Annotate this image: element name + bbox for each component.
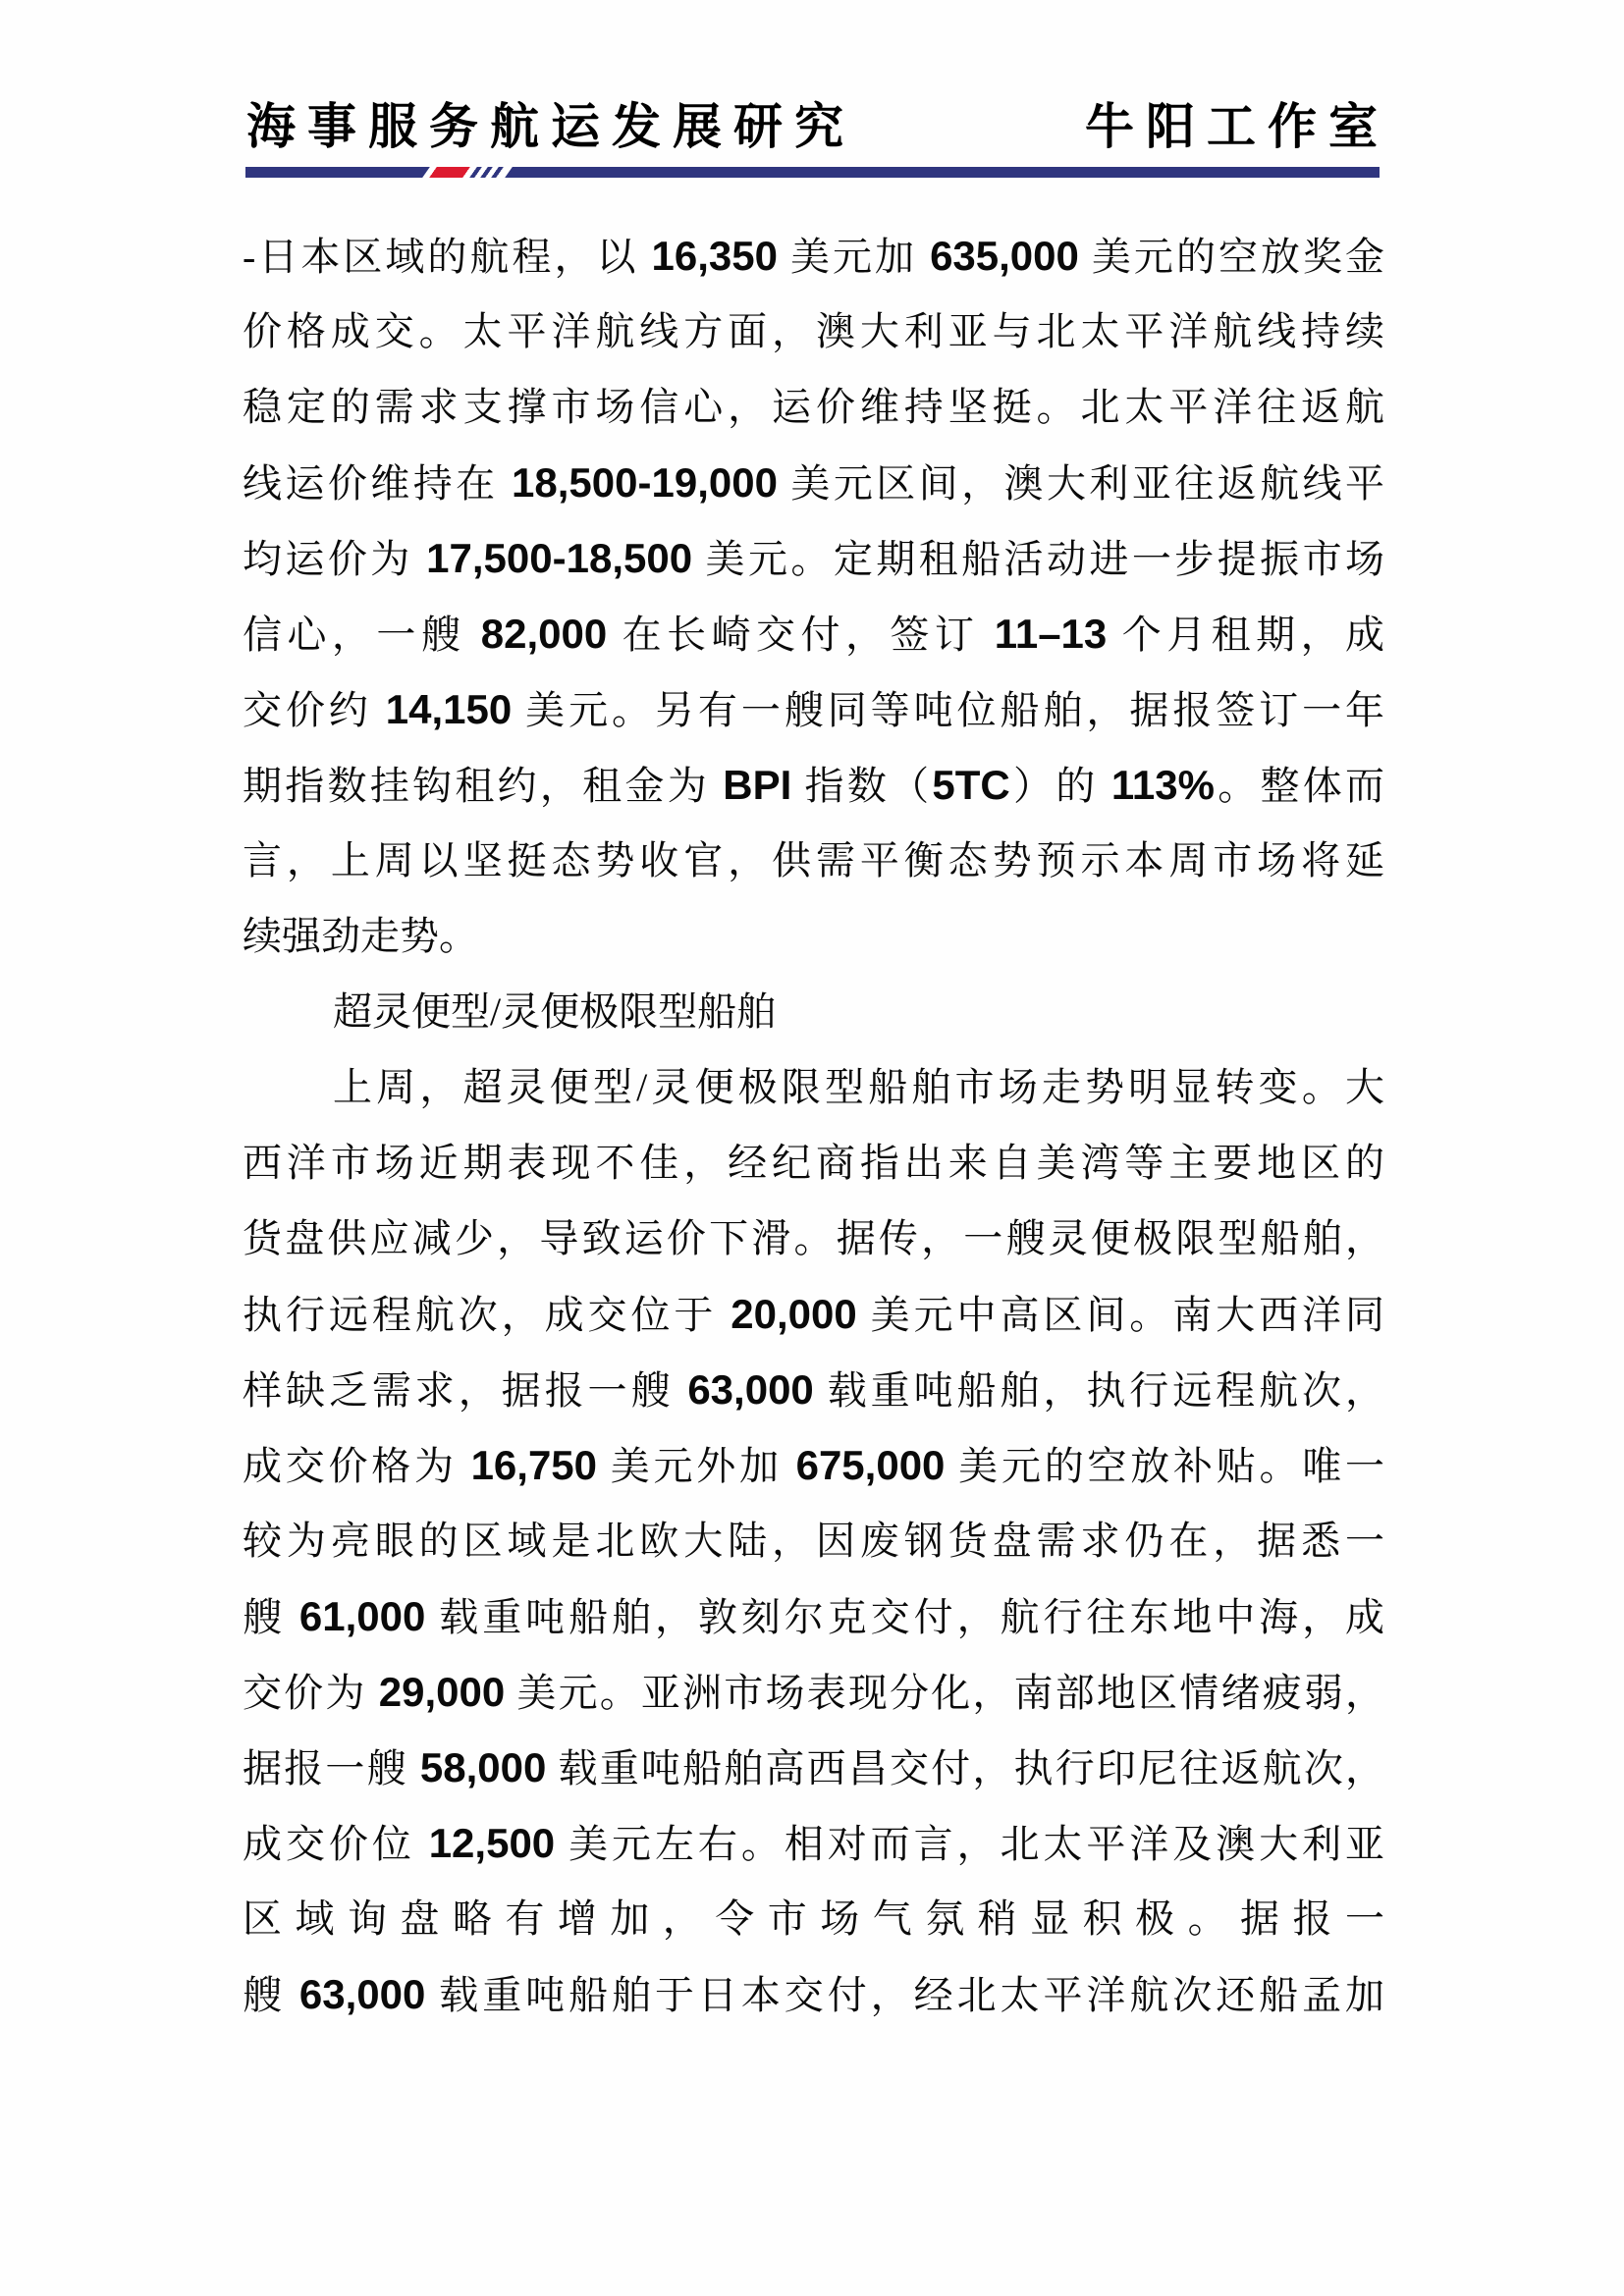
text-line: 样缺乏需求，据报一艘 63,000 载重吨船舶，执行远程航次， — [243, 1352, 1384, 1427]
text-line: 超灵便型/灵便极限型船舶 — [243, 974, 1384, 1049]
text-line: 言，上周以坚挺态势收官，供需平衡态势预示本周市场将延 — [243, 823, 1384, 898]
text-line: 线运价维持在 18,500-19,000 美元区间，澳大利亚往返航线平 — [243, 445, 1384, 520]
text-line: 续强劲走势。 — [243, 898, 1384, 974]
text-line: -日本区域的航程，以 16,350 美元加 635,000 美元的空放奖金 — [243, 218, 1384, 294]
text-line: 价格成交。太平洋航线方面，澳大利亚与北太平洋航线持续 — [243, 294, 1384, 369]
text-line: 上周，超灵便型/灵便极限型船舶市场走势明显转变。大 — [243, 1049, 1384, 1125]
text-line: 区域询盘略有增加，令市场气氛稍显积极。据报一 — [243, 1881, 1384, 1956]
text-line: 信心，一艘 82,000 在长崎交付，签订 11–13 个月租期，成 — [243, 596, 1384, 671]
text-line: 交价约 14,150 美元。另有一艘同等吨位船舶，据报签订一年 — [243, 671, 1384, 747]
text-line: 据报一艘 58,000 载重吨船舶高西昌交付，执行印尼往返航次， — [243, 1730, 1384, 1805]
text-line: 交价为 29,000 美元。亚洲市场表现分化，南部地区情绪疲弱， — [243, 1654, 1384, 1730]
text-line: 货盘供应减少，导致运价下滑。据传，一艘灵便极限型船舶， — [243, 1201, 1384, 1276]
divider-stripe-accent-icon — [422, 167, 513, 178]
text-line: 均运价为 17,500-18,500 美元。定期租船活动进一步提振市场 — [243, 520, 1384, 596]
text-line: 西洋市场近期表现不佳，经纪商指出来自美湾等主要地区的 — [243, 1125, 1384, 1201]
text-line: 较为亮眼的区域是北欧大陆，因废钢货盘需求仍在，据悉一 — [243, 1503, 1384, 1578]
text-line: 艘 61,000 载重吨船舶，敦刻尔克交付，航行往东地中海，成 — [243, 1578, 1384, 1654]
text-line: 执行远程航次，成交位于 20,000 美元中高区间。南大西洋同 — [243, 1276, 1384, 1352]
header-divider-rule — [245, 167, 1380, 178]
text-line: 成交价位 12,500 美元左右。相对而言，北太平洋及澳大利亚 — [243, 1805, 1384, 1881]
document-page: 海事服务航运发展研究 牛阳工作室 -日本区域的航程，以 16,350 美元加 6… — [0, 0, 1624, 2296]
header-left-title: 海事服务航运发展研究 — [246, 99, 855, 154]
document-body: -日本区域的航程，以 16,350 美元加 635,000 美元的空放奖金价格成… — [243, 218, 1384, 2032]
text-line: 稳定的需求支撑市场信心，运价维持坚挺。北太平洋往返航 — [243, 369, 1384, 445]
header-right-title: 牛阳工作室 — [1085, 99, 1389, 154]
text-line: 期指数挂钩租约，租金为 BPI 指数（5TC）的 113%。整体而 — [243, 747, 1384, 823]
text-line: 成交价格为 16,750 美元外加 675,000 美元的空放补贴。唯一 — [243, 1427, 1384, 1503]
text-line: 艘 63,000 载重吨船舶于日本交付，经北太平洋航次还船孟加 — [243, 1956, 1384, 2032]
